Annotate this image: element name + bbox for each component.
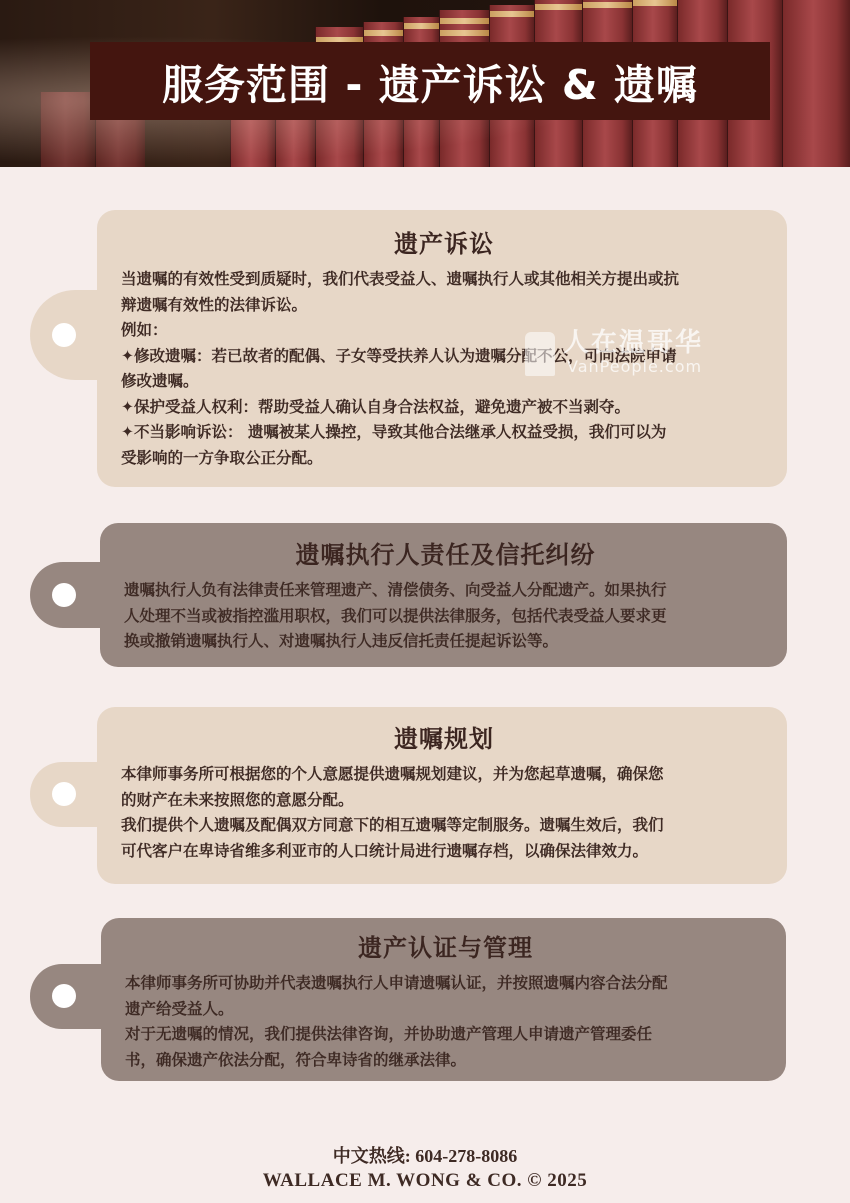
section-text: 遗产给受益人。 xyxy=(125,997,766,1023)
section-text: 的财产在未来按照您的意愿分配。 xyxy=(121,788,767,814)
section-executor-trust-disputes: 遗嘱执行人责任及信托纠纷 遗嘱执行人负有法律责任来管理遗产、清偿债务、向受益人分… xyxy=(100,523,787,667)
section-estate-litigation: 遗产诉讼 当遗嘱的有效性受到质疑时，我们代表受益人、遗嘱执行人或其他相关方提出或… xyxy=(97,210,787,487)
section-title: 遗嘱执行人责任及信托纠纷 xyxy=(124,535,767,570)
list-item: ✦修改遗嘱：若已故者的配偶、子女等受扶养人认为遗嘱分配不公，可向法院申请 xyxy=(121,344,767,370)
list-item: 受影响的一方争取公正分配。 xyxy=(121,446,767,472)
section-text: 当遗嘱的有效性受到质疑时，我们代表受益人、遗嘱执行人或其他相关方提出或抗 xyxy=(121,267,767,293)
section-text: 对于无遗嘱的情况，我们提供法律咨询，并协助遗产管理人申请遗产管理委任 xyxy=(125,1022,766,1048)
section-text: 本律师事务所可协助并代表遗嘱执行人申请遗嘱认证，并按照遗嘱内容合法分配 xyxy=(125,971,766,997)
section-text: 人处理不当或被指控滥用职权，我们可以提供法律服务，包括代表受益人要求更 xyxy=(124,604,767,630)
tag-hole-icon xyxy=(52,583,76,607)
section-text: 遗嘱执行人负有法律责任来管理遗产、清偿债务、向受益人分配遗产。如果执行 xyxy=(124,578,767,604)
tag-hole-icon xyxy=(52,323,76,347)
hotline-text: 中文热线: 604-278-8086 xyxy=(0,1142,850,1168)
section-probate-administration: 遗产认证与管理 本律师事务所可协助并代表遗嘱执行人申请遗嘱认证，并按照遗嘱内容合… xyxy=(101,918,786,1081)
list-item: ✦保护受益人权利：帮助受益人确认自身合法权益，避免遗产被不当剥夺。 xyxy=(121,395,767,421)
tag-hole-icon xyxy=(52,782,76,806)
section-text: 本律师事务所可根据您的个人意愿提供遗嘱规划建议，并为您起草遗嘱，确保您 xyxy=(121,762,767,788)
section-title: 遗嘱规划 xyxy=(121,719,767,754)
section-text: 例如： xyxy=(121,318,767,344)
header-banner: 服务范围 - 遗产诉讼 & 遗嘱 xyxy=(0,0,850,167)
section-text: 辩遗嘱有效性的法律诉讼。 xyxy=(121,293,767,319)
section-title: 遗产诉讼 xyxy=(121,224,767,259)
section-text: 书，确保遗产依法分配，符合卑诗省的继承法律。 xyxy=(125,1048,766,1074)
list-item: 修改遗嘱。 xyxy=(121,369,767,395)
section-will-planning: 遗嘱规划 本律师事务所可根据您的个人意愿提供遗嘱规划建议，并为您起草遗嘱，确保您… xyxy=(97,707,787,884)
copyright-text: WALLACE M. WONG & CO. © 2025 xyxy=(0,1170,850,1192)
section-title: 遗产认证与管理 xyxy=(125,928,766,963)
list-item: ✦不当影响诉讼： 遗嘱被某人操控，导致其他合法继承人权益受损，我们可以为 xyxy=(121,420,767,446)
page-title: 服务范围 - 遗产诉讼 & 遗嘱 xyxy=(162,52,698,111)
section-text: 可代客户在卑诗省维多利亚市的人口统计局进行遗嘱存档，以确保法律效力。 xyxy=(121,839,767,865)
section-text: 换或撤销遗嘱执行人、对遗嘱执行人违反信托责任提起诉讼等。 xyxy=(124,629,767,655)
title-bar: 服务范围 - 遗产诉讼 & 遗嘱 xyxy=(90,42,770,120)
tag-hole-icon xyxy=(52,984,76,1008)
section-text: 我们提供个人遗嘱及配偶双方同意下的相互遗嘱等定制服务。遗嘱生效后，我们 xyxy=(121,813,767,839)
